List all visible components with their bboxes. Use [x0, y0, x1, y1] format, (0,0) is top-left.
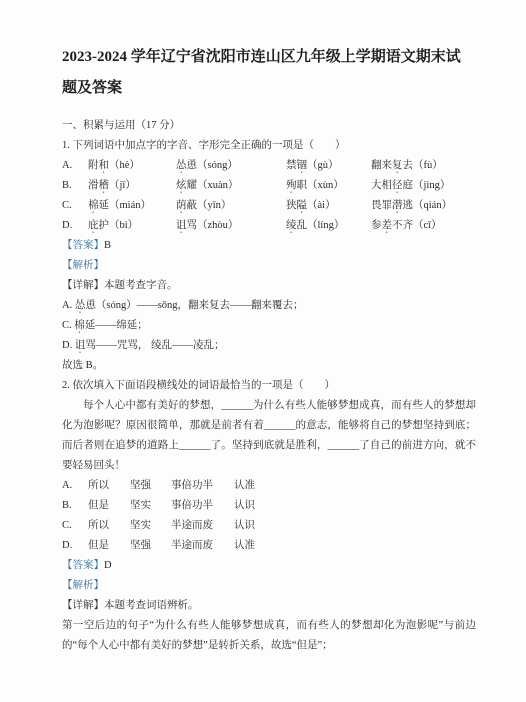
option-term: 滑稽（jī） — [88, 176, 176, 196]
dotted-character: 殉 — [286, 180, 297, 191]
dotted-character: 径 — [392, 180, 403, 191]
q1-answer-value: B — [104, 240, 111, 251]
option-word: 事倍功半 — [171, 476, 234, 496]
dotted-character: 棉 — [88, 200, 99, 211]
q1-answer-line: 【答案】B — [62, 236, 476, 256]
option-word: 事倍功半 — [171, 496, 234, 516]
dotted-character: 诅 — [75, 340, 86, 351]
dotted-character: 炫 — [176, 180, 187, 191]
q1-detail-line: 【详解】本题考查字音。 — [62, 276, 476, 296]
option-word: 所以 — [88, 516, 130, 536]
q2-option-row: C.所以坚实半途而废认识 — [62, 516, 476, 536]
option-word: 认识 — [234, 496, 476, 516]
dotted-character: 隘 — [297, 200, 308, 211]
q1-analysis-lines: A. 怂恿（sóng）——sǒng，翻来复去——翻来覆去；C. 棉延——绵延；D… — [62, 296, 476, 376]
option-term: 参差不齐（cī） — [371, 216, 476, 236]
dotted-character: 诅 — [176, 220, 187, 231]
option-word: 但是 — [88, 536, 130, 556]
dotted-character: 庇 — [88, 220, 99, 231]
q2-passage: 每个人心中都有美好的梦想，______为什么有些人能够梦想成真，而有些人的梦想却… — [62, 396, 476, 476]
exam-document-page: 2023-2024 学年辽宁省沈阳市连山区九年级上学期语文期末试题及答案 一、积… — [0, 0, 526, 702]
option-term: 禁锢（gù） — [286, 156, 371, 176]
q1-analysis-line: A. 怂恿（sóng）——sǒng，翻来复去——翻来覆去； — [62, 296, 476, 316]
option-word: 但是 — [88, 496, 130, 516]
q2-stem: 2. 依次填入下面语段横线处的词语最恰当的一项是（ ） — [62, 376, 476, 396]
option-term: 棉延（mián） — [88, 196, 176, 216]
q2-answer-label: 【答案】 — [62, 560, 104, 571]
dotted-character: 棉 — [74, 320, 85, 331]
option-term: 怂恿（sóng） — [176, 156, 286, 176]
q2-analysis-label: 【解析】 — [62, 576, 476, 596]
q1-answer-label: 【答案】 — [62, 240, 104, 251]
option-label: C. — [62, 516, 88, 536]
dotted-character: 锢 — [297, 160, 308, 171]
q1-option-row: D.庇护（bì）诅骂（zhòu）绫乱（líng）参差不齐（cī） — [62, 216, 476, 236]
q2-answer-value: D — [104, 560, 112, 571]
option-label: C. — [62, 196, 88, 216]
q1-analysis-line: D. 诅骂——咒骂， 绫乱——凌乱； — [62, 336, 476, 356]
option-term: 大相径庭（jìng） — [371, 176, 476, 196]
option-word: 认准 — [234, 536, 476, 556]
option-label: A. — [62, 476, 88, 496]
q1-analysis-line: C. 棉延——绵延； — [62, 316, 476, 336]
option-label: D. — [62, 536, 88, 556]
q1-analysis-line: 故选 B。 — [62, 356, 476, 376]
option-word: 所以 — [88, 476, 130, 496]
q2-options-list: A.所以坚强事倍功半认准B.但是坚实事倍功半认识C.所以坚实半途而废认识D.但是… — [62, 476, 476, 556]
q1-option-row: A.附和（hè）怂恿（sóng）禁锢（gù）翻来复去（fù） — [62, 156, 476, 176]
option-term: 附和（hè） — [88, 156, 176, 176]
option-term: 翻来复去（fù） — [371, 156, 476, 176]
dotted-character: 荫 — [176, 200, 187, 211]
option-term: 绫乱（líng） — [286, 216, 371, 236]
q2-option-row: A.所以坚强事倍功半认准 — [62, 476, 476, 496]
q1-stem: 1. 下列词语中加点字的字音、字形完全正确的一项是（ ） — [62, 136, 476, 156]
dotted-character: 怂 — [176, 160, 187, 171]
dotted-character: 稽 — [99, 180, 110, 191]
q1-option-row: C.棉延（mián）荫蔽（yīn）狭隘（ài）畏罪潜逃（qián） — [62, 196, 476, 216]
option-word: 坚强 — [130, 536, 171, 556]
q2-detail-line: 【详解】本题考查词语辨析。 — [62, 596, 476, 616]
option-word: 坚强 — [130, 476, 171, 496]
option-label: A. — [62, 156, 88, 176]
q2-option-row: D.但是坚强半途而废认准 — [62, 536, 476, 556]
q1-analysis-label: 【解析】 — [62, 256, 476, 276]
option-word: 认准 — [234, 476, 476, 496]
dotted-character: 潜 — [392, 200, 403, 211]
dotted-character: 绫 — [286, 220, 297, 231]
option-word: 半途而废 — [171, 516, 234, 536]
q1-options-list: A.附和（hè）怂恿（sóng）禁锢（gù）翻来复去（fù）B.滑稽（jī）炫耀… — [62, 156, 476, 236]
option-term: 殉职（xùn） — [286, 176, 371, 196]
option-term: 炫耀（xuàn） — [176, 176, 286, 196]
option-label: B. — [62, 176, 88, 196]
section-heading: 一、积累与运用（17 分） — [62, 116, 476, 136]
q1-option-row: B.滑稽（jī）炫耀（xuàn）殉职（xùn）大相径庭（jìng） — [62, 176, 476, 196]
option-term: 畏罪潜逃（qián） — [371, 196, 476, 216]
option-term: 荫蔽（yīn） — [176, 196, 286, 216]
option-word: 坚实 — [130, 516, 171, 536]
option-label: D. — [62, 216, 88, 236]
dotted-character: 怂 — [75, 300, 86, 311]
option-term: 诅骂（zhòu） — [176, 216, 286, 236]
dotted-character: 和 — [99, 160, 110, 171]
option-word: 半途而废 — [171, 536, 234, 556]
option-label: B. — [62, 496, 88, 516]
document-title: 2023-2024 学年辽宁省沈阳市连山区九年级上学期语文期末试题及答案 — [62, 42, 468, 104]
option-word: 认识 — [234, 516, 476, 536]
q2-option-row: B.但是坚实事倍功半认识 — [62, 496, 476, 516]
dotted-character: 复 — [392, 160, 403, 171]
q2-answer-line: 【答案】D — [62, 556, 476, 576]
option-term: 庇护（bì） — [88, 216, 176, 236]
option-word: 坚实 — [130, 496, 171, 516]
option-term: 狭隘（ài） — [286, 196, 371, 216]
dotted-character: 差 — [382, 220, 393, 231]
q2-analysis-paragraph: 第一空后边的句子“为什么有些人能够梦想成真，而有些人的梦想却化为泡影呢”与前边的… — [62, 616, 476, 656]
